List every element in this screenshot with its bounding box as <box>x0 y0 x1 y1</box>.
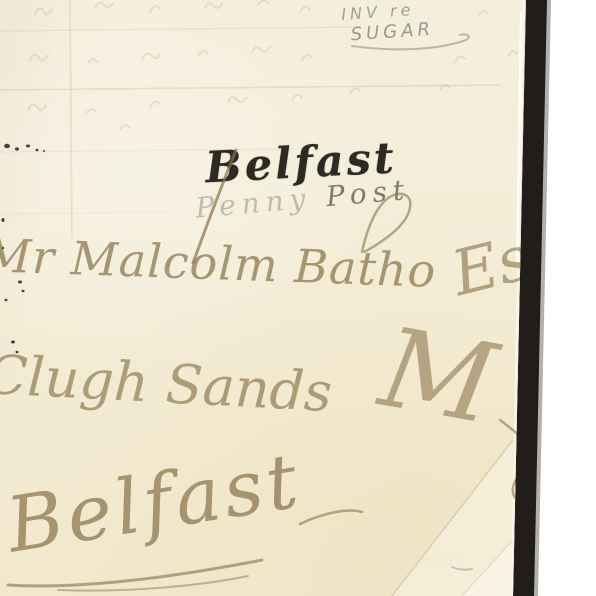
loop-flourish <box>362 194 410 252</box>
ink-specks <box>2 144 46 353</box>
ascender-stroke <box>193 150 236 263</box>
photo-frame: INV re SUGAR Belfast Penny Post Mr Malco… <box>0 0 596 596</box>
belfast-underline-flourish <box>8 560 262 586</box>
ink-flourish-layer <box>0 0 596 596</box>
ink-flourish-strokes <box>8 150 550 591</box>
dash-mark <box>452 567 472 570</box>
pencil-strokes <box>352 34 472 569</box>
t-cross-flourish <box>300 511 362 525</box>
sugar-underline-swoosh <box>352 34 469 49</box>
document-paper: INV re SUGAR Belfast Penny Post Mr Malco… <box>0 0 596 596</box>
